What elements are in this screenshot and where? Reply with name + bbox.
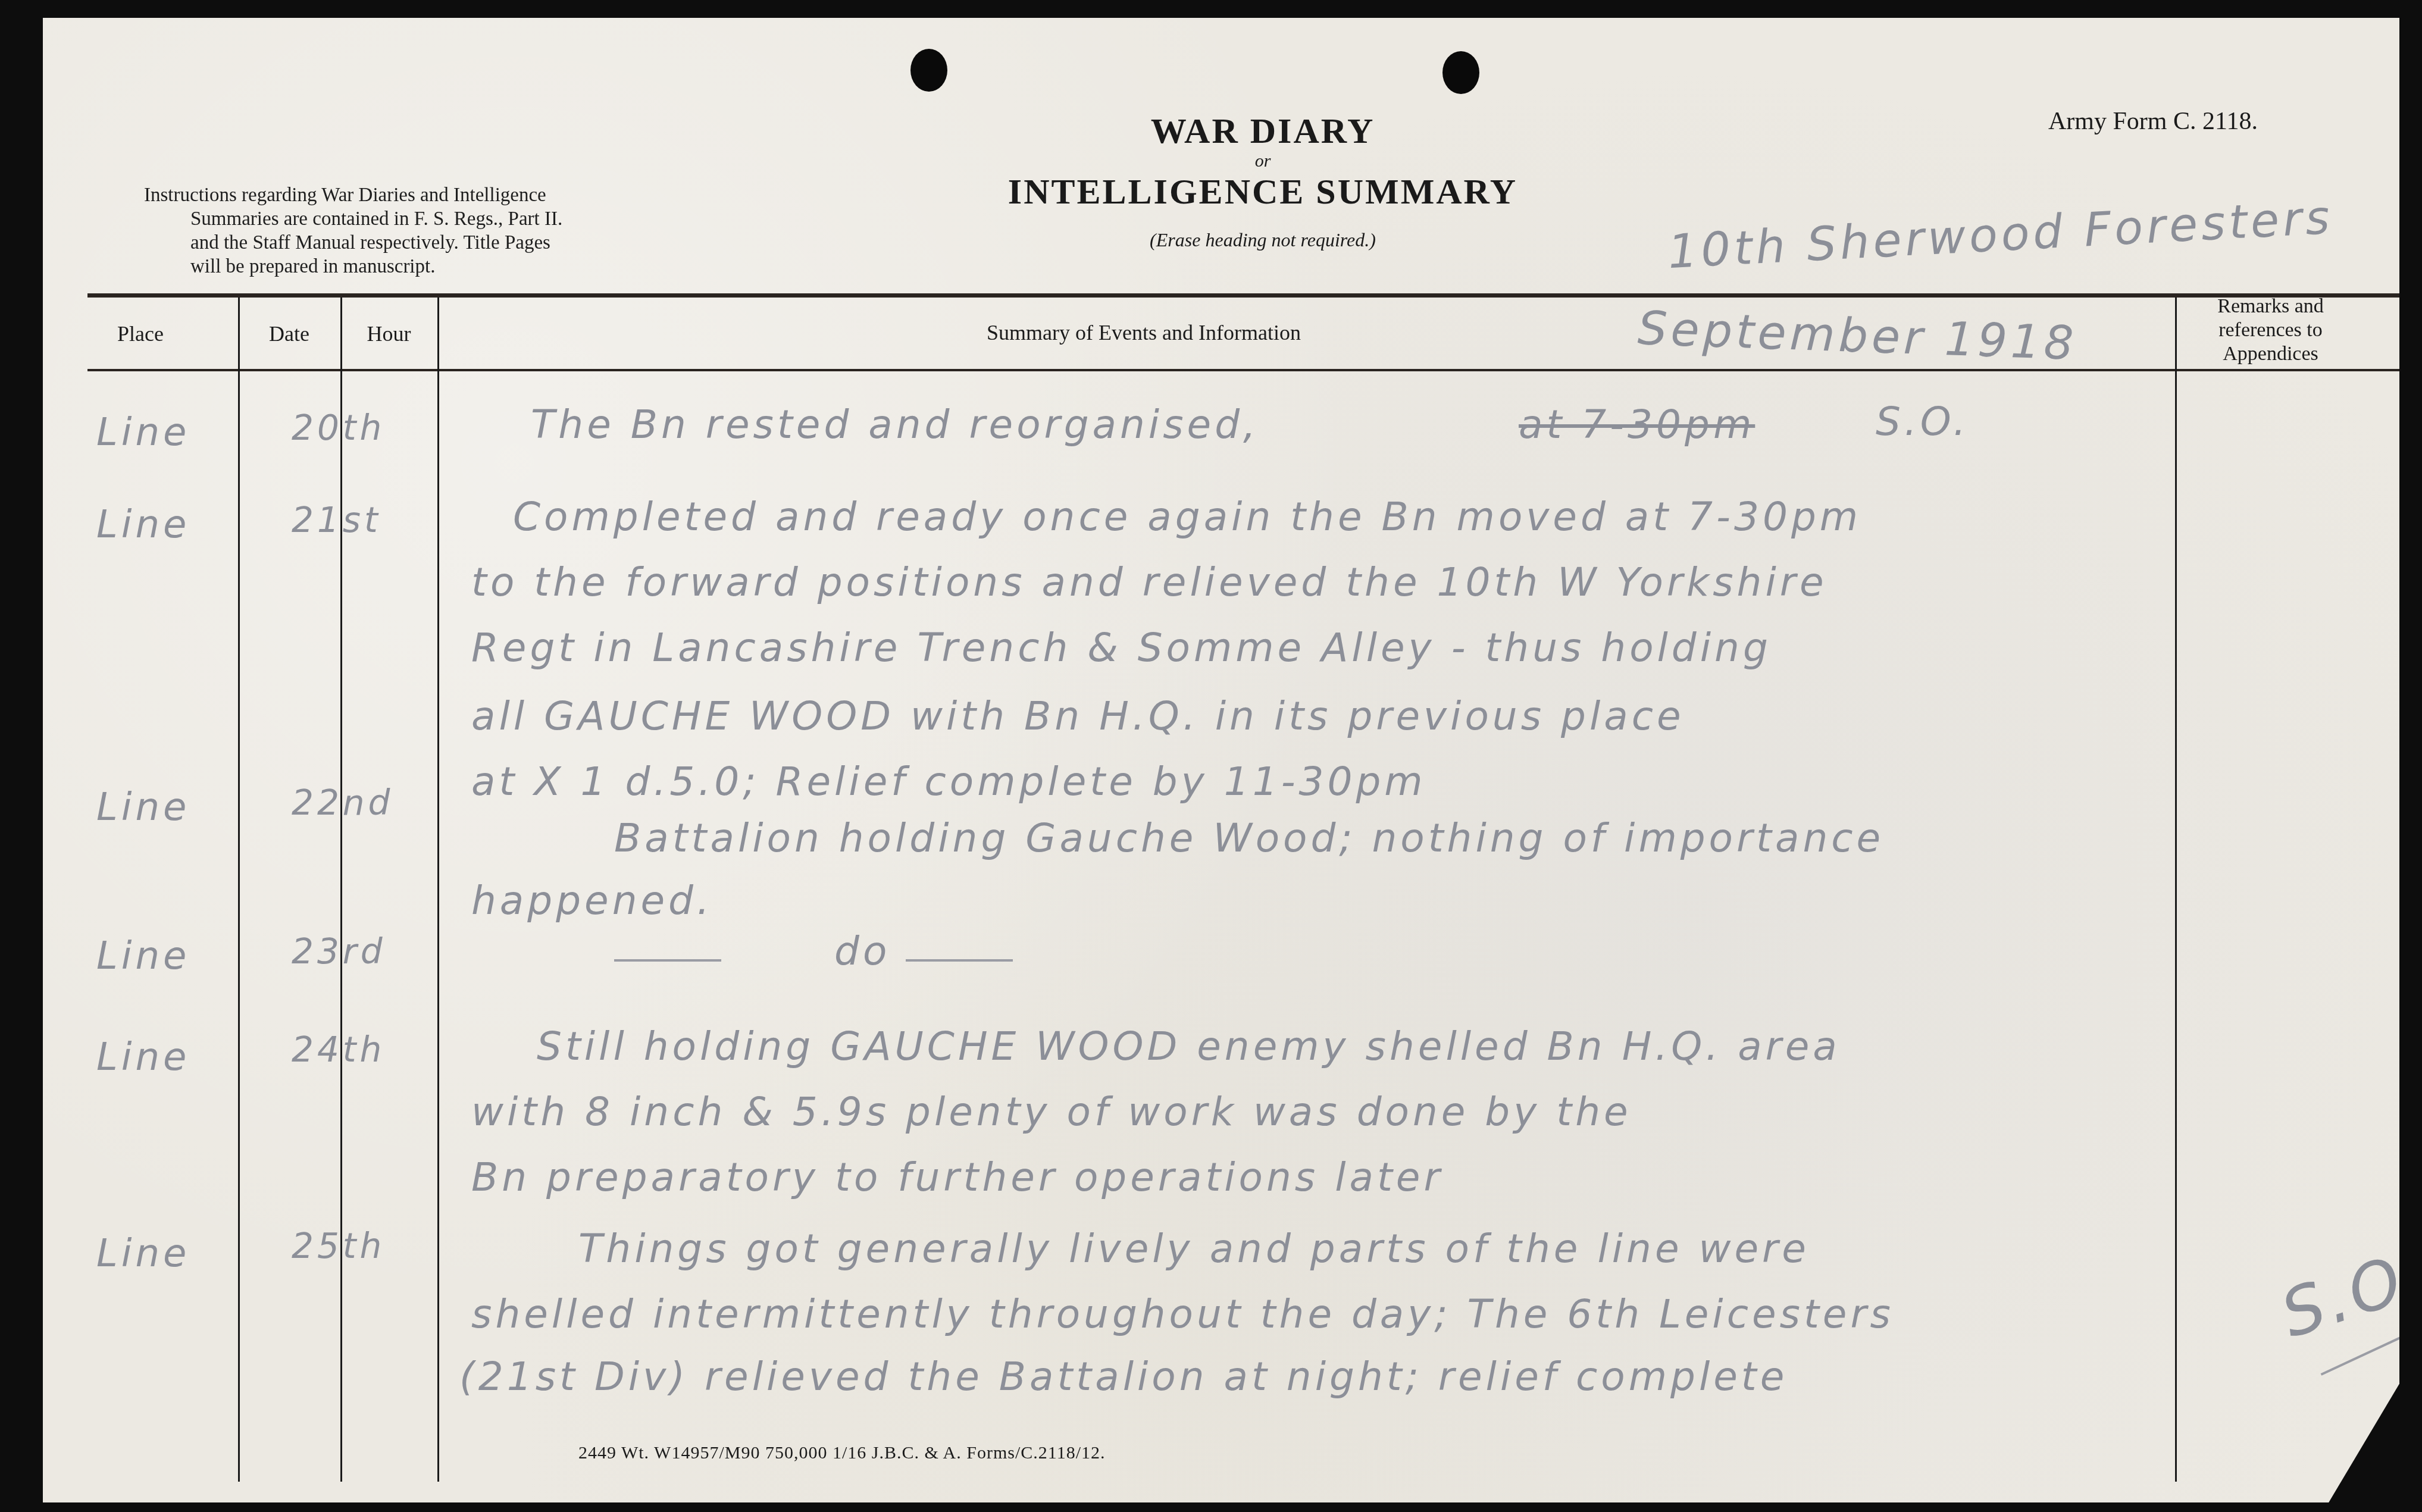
entry-text-line: all GAUCHE WOOD with Bn H.Q. in its prev… xyxy=(471,693,1685,739)
entry-text-line: Bn preparatory to further operations lat… xyxy=(471,1154,1444,1200)
column-header-summary: Summary of Events and Information xyxy=(697,320,1590,345)
entry-place: Line xyxy=(96,503,190,547)
instructions-line: Instructions regarding War Diaries and I… xyxy=(144,183,691,207)
instructions-text: Instructions regarding War Diaries and I… xyxy=(144,183,691,278)
unit-name: 10th Sherwood Foresters xyxy=(1666,191,2334,279)
column-header-remarks: Remarks and references to Appendices xyxy=(2177,295,2364,366)
diary-page: Instructions regarding War Diaries and I… xyxy=(43,18,2399,1502)
column-header-date: Date xyxy=(238,321,340,346)
form-number: Army Form C. 2118. xyxy=(2048,107,2258,136)
entry-place: Line xyxy=(96,1232,190,1276)
instructions-line: Summaries are contained in F. S. Regs., … xyxy=(144,207,691,231)
printer-imprint: 2449 Wt. W14957/M90 750,000 1/16 J.B.C. … xyxy=(578,1443,1106,1463)
entry-text-line: Battalion holding Gauche Wood; nothing o… xyxy=(614,815,1884,861)
header-top-rule xyxy=(87,293,2411,298)
punch-hole-left xyxy=(910,49,947,92)
instructions-line: and the Staff Manual respectively. Title… xyxy=(144,231,691,255)
title-war-diary: WAR DIARY xyxy=(935,110,1590,152)
remarks-header-line: Remarks and xyxy=(2177,295,2364,318)
entry-text-line: at X 1 d.5.0; Relief complete by 11-30pm xyxy=(471,759,1426,804)
column-divider xyxy=(238,298,240,1482)
entry-date: 25th xyxy=(292,1226,385,1266)
entry-text-line: (21st Div) relieved the Battalion at nig… xyxy=(459,1354,1788,1400)
ditto-dash-left xyxy=(614,959,721,962)
entry-text-line: Still holding GAUCHE WOOD enemy shelled … xyxy=(537,1023,1841,1069)
entry-date: 22nd xyxy=(292,782,393,823)
entry-date: 20th xyxy=(292,408,385,448)
entry-date: 24th xyxy=(292,1029,385,1070)
entry-text-line: to the forward positions and relieved th… xyxy=(471,559,1828,605)
entry-date: 23rd xyxy=(292,931,386,972)
column-divider xyxy=(2175,298,2177,1482)
title-intelligence-summary: INTELLIGENCE SUMMARY xyxy=(935,171,1590,212)
column-divider xyxy=(437,298,439,1482)
entry-ditto: do xyxy=(834,928,890,974)
entry-place: Line xyxy=(96,1035,190,1079)
form-title: WAR DIARY or INTELLIGENCE SUMMARY (Erase… xyxy=(935,110,1590,251)
column-header-hour: Hour xyxy=(340,321,437,346)
title-or: or xyxy=(935,152,1590,171)
entry-text-line: happened. xyxy=(471,878,713,924)
entry-text-line: Regt in Lancashire Trench & Somme Alley … xyxy=(471,625,1772,671)
entry-text-line: shelled intermittently throughout the da… xyxy=(471,1291,1894,1337)
entry-text-line: Things got generally lively and parts of… xyxy=(578,1226,1810,1272)
entry-text-line: Completed and ready once again the Bn mo… xyxy=(513,494,1861,540)
entry-initials: S.O. xyxy=(1876,399,1969,444)
column-divider xyxy=(340,298,342,1482)
remarks-header-line: Appendices xyxy=(2177,342,2364,366)
column-header-place: Place xyxy=(43,321,238,346)
entry-place: Line xyxy=(96,934,190,978)
header-bottom-rule xyxy=(87,369,2411,371)
entry-place: Line xyxy=(96,411,190,455)
instructions-line: will be prepared in manuscript. xyxy=(144,255,691,278)
title-note: (Erase heading not required.) xyxy=(935,229,1590,251)
diary-month: September 1918 xyxy=(1637,302,2078,371)
entry-place: Line xyxy=(96,785,190,829)
entry-date: 21st xyxy=(292,500,381,540)
punch-hole-right xyxy=(1442,51,1479,94)
entry-text-line: with 8 inch & 5.9s plenty of work was do… xyxy=(471,1089,1632,1135)
remarks-header-line: references to xyxy=(2177,318,2364,342)
entry-text-struck: at 7-30pm xyxy=(1519,402,1755,447)
ditto-dash-right xyxy=(906,959,1013,962)
remarks-signature: S.O. xyxy=(2272,1235,2422,1353)
entry-text-line: The Bn rested and reorganised, xyxy=(531,402,1259,447)
